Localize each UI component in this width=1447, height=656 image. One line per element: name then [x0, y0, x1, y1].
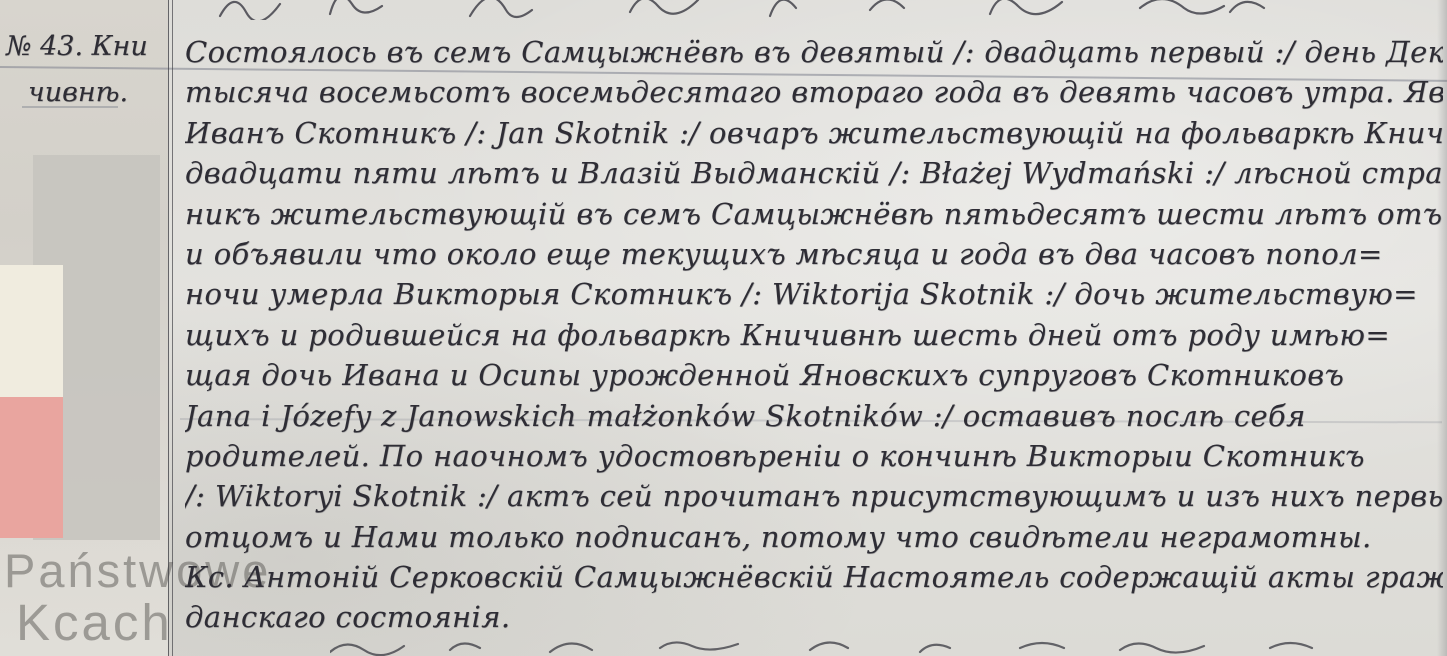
body-line: двадцати пяти лѣтъ и Влазій Выдманскій /…	[185, 153, 1443, 193]
record-body: Состоялось въ семъ Самцыжнёвѣ въ девятый…	[185, 32, 1443, 646]
calibration-patch-red	[0, 397, 63, 538]
body-line: Состоялось въ семъ Самцыжнёвѣ въ девятый…	[185, 32, 1443, 72]
body-line: ночи умерла Викторыя Скотникъ /: Wiktori…	[185, 274, 1443, 314]
body-line: отцомъ и Нами только подписанъ, потому ч…	[185, 517, 1443, 557]
body-line: данскаго состоянія.	[185, 597, 1443, 637]
scanned-record-page: Państwowe Kcach № 43. Кни чивнѣ. Состоял…	[0, 0, 1447, 656]
body-line: Иванъ Скотникъ /: Jan Skotnik :/ овчаръ …	[185, 113, 1443, 153]
body-line: никъ жительствующій въ семъ Самцыжнёвѣ п…	[185, 194, 1443, 234]
body-line: Кс. Антоній Серковскій Самцыжнёвскій Нас…	[185, 557, 1443, 597]
previous-entry-fragment	[210, 0, 1310, 20]
body-line: и объявили что около еще текущихъ мѣсяца…	[185, 234, 1443, 274]
body-line: щихъ и родившейся на фольваркѣ Кничивнѣ …	[185, 315, 1443, 355]
body-line: тысяча восемьсотъ восемьдесятаго втораго…	[185, 72, 1443, 112]
calibration-patch-white	[0, 265, 63, 397]
entry-margin-annotation: № 43. Кни чивнѣ.	[6, 24, 148, 116]
body-line: Jana i Józefy z Janowskich małżonków Sko…	[185, 396, 1443, 436]
entry-place-name: чивнѣ.	[6, 70, 148, 116]
column-divider-rule	[168, 0, 173, 656]
body-line: щая дочь Ивана и Осипы урожденной Яновск…	[185, 355, 1443, 395]
entry-number: № 43. Кни	[6, 24, 148, 70]
body-line: /: Wiktoryi Skotnik :/ актъ сей прочитан…	[185, 476, 1443, 516]
body-line: родителей. По наочномъ удостовѣреніи о к…	[185, 436, 1443, 476]
